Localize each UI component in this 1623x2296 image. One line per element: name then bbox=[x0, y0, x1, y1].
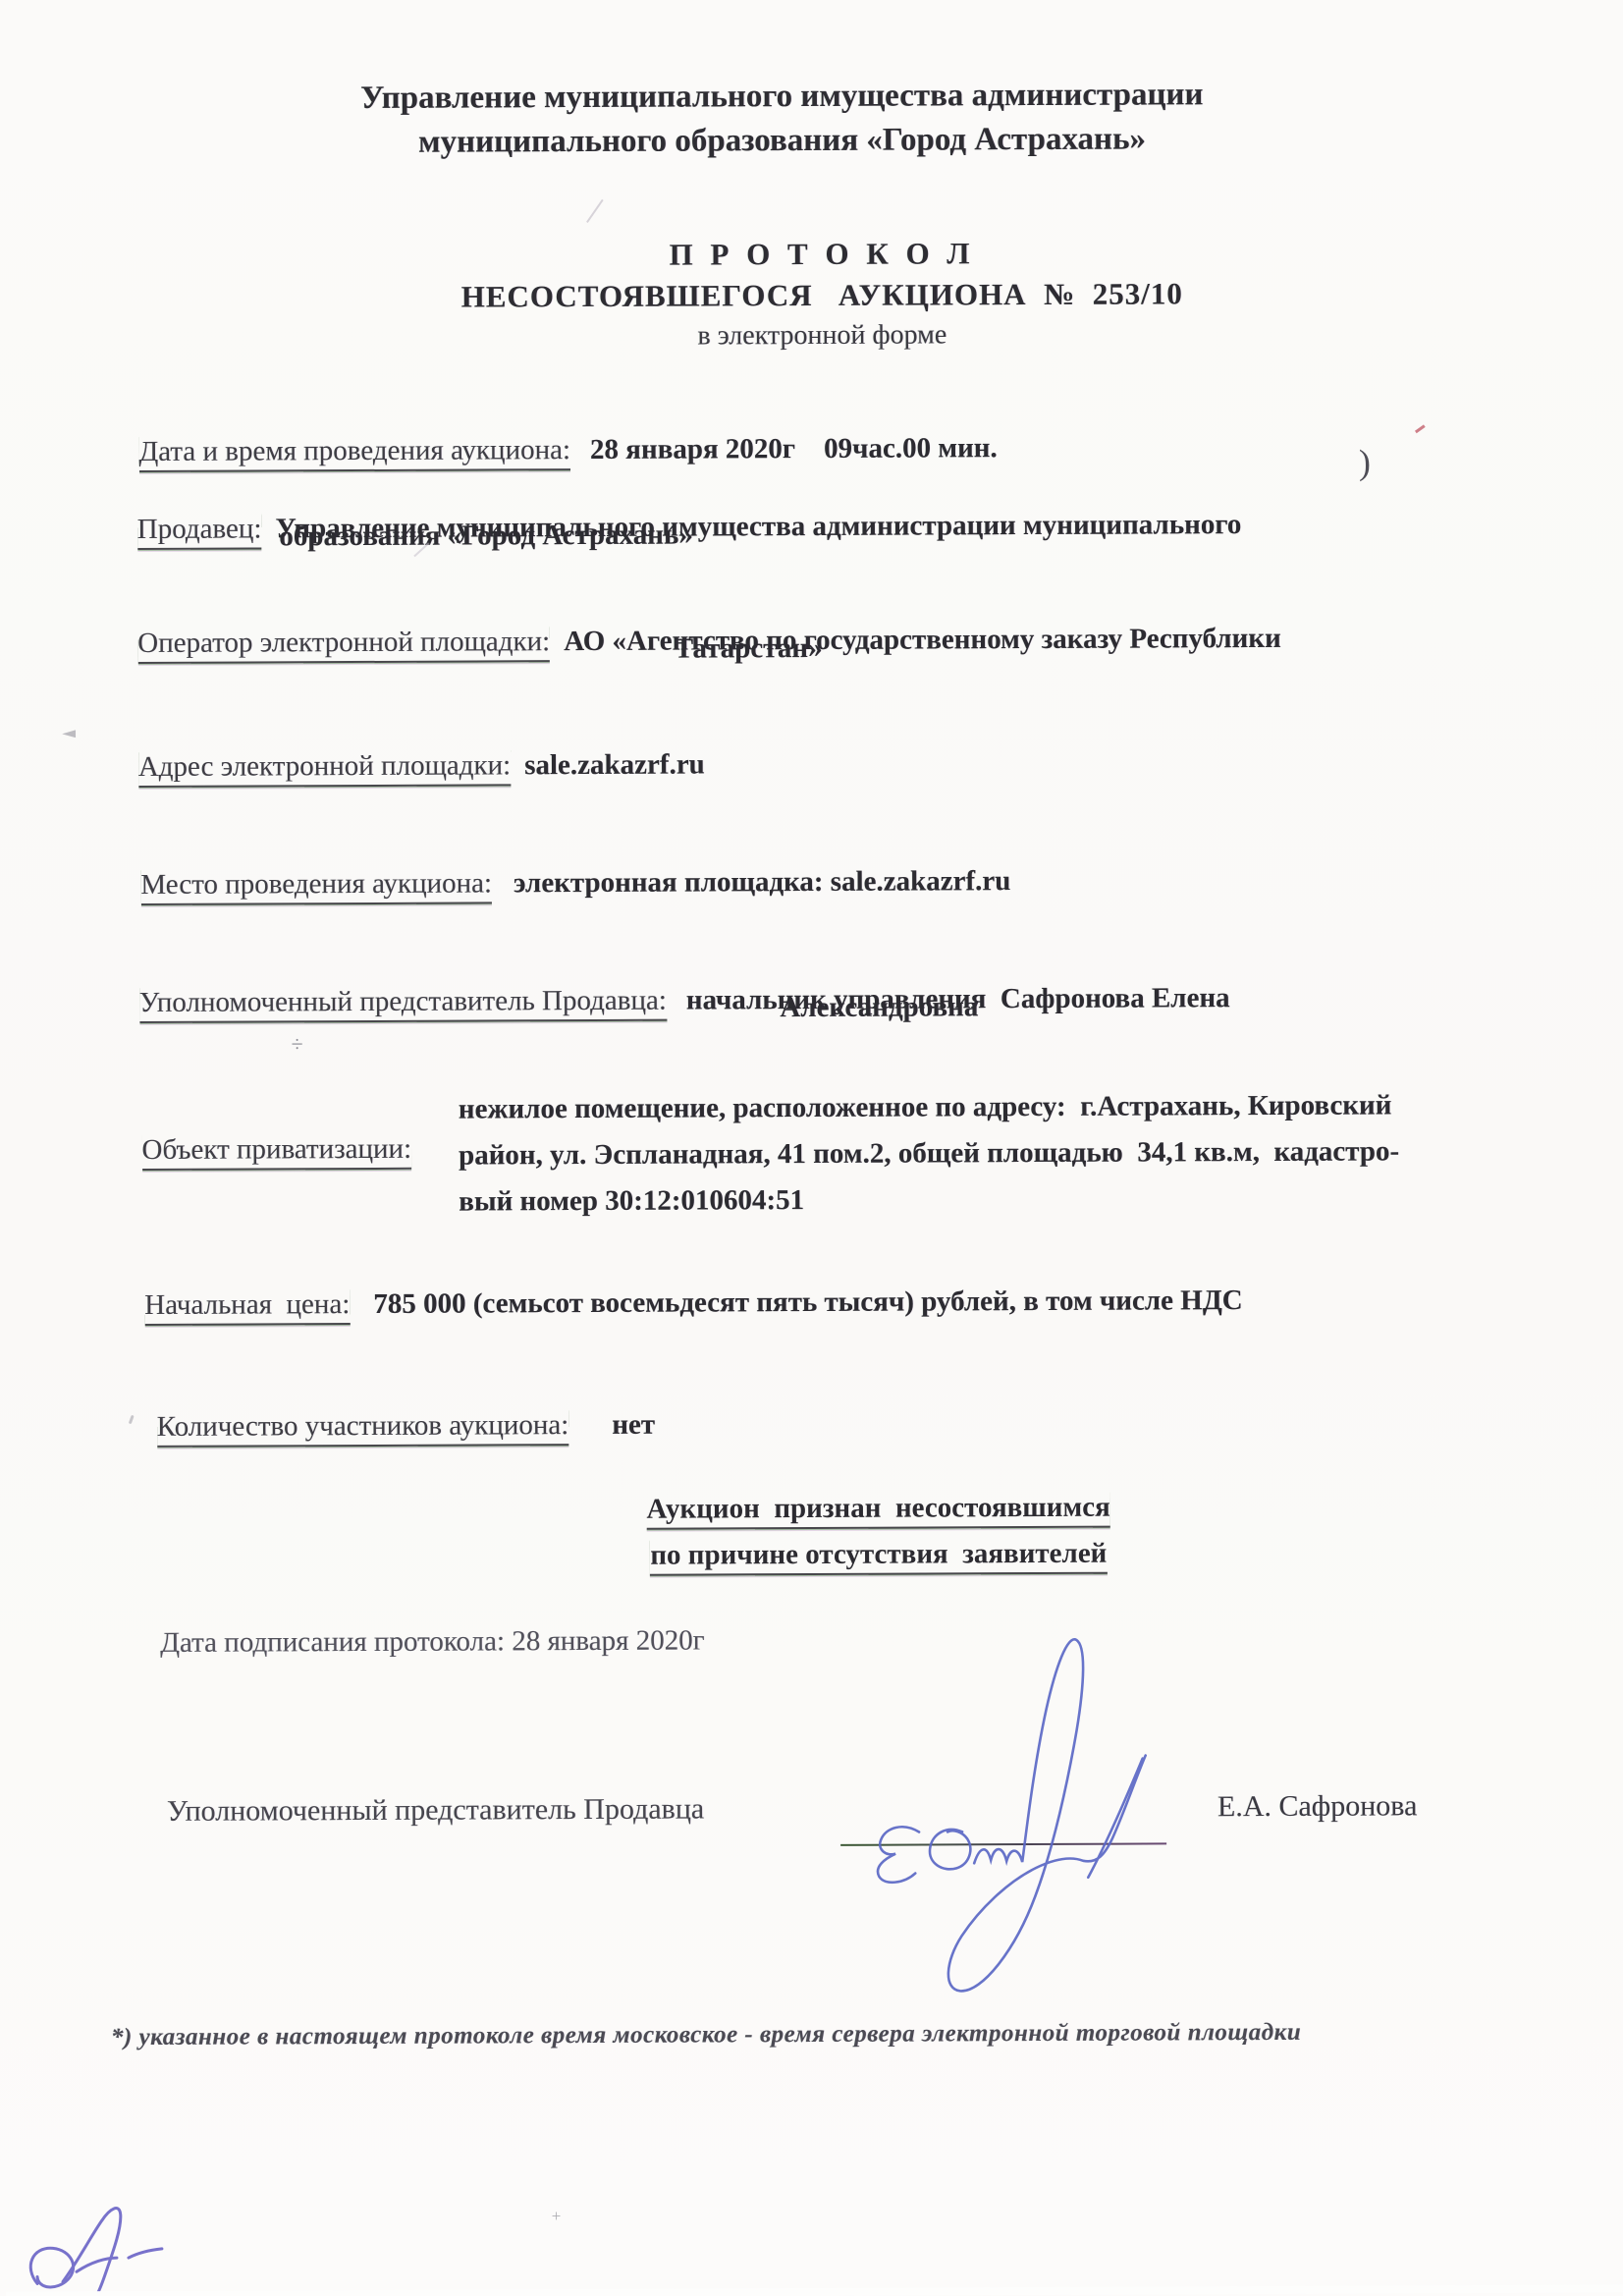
object-label-wrap: Объект приватизации: bbox=[99, 1090, 412, 1209]
document-title: П Р О Т О К О Л НЕСОСТОЯВШЕГОСЯ АУКЦИОНА… bbox=[56, 231, 1589, 359]
scan-mark-paren: ) bbox=[1359, 442, 1371, 483]
org-header: Управление муниципального имущества адми… bbox=[16, 72, 1547, 167]
operator-label: Оператор электронной площадки: bbox=[137, 626, 550, 664]
scan-speck-plus: + bbox=[552, 2207, 562, 2226]
auction-datetime-value: 28 января 2020г 09час.00 мин. bbox=[590, 432, 998, 465]
signer-name: Е.А. Сафронова bbox=[1217, 1786, 1418, 1827]
object-value-line1: нежилое помещение, расположенное по адре… bbox=[459, 1085, 1392, 1128]
auction-place-value: электронная площадка: sale.zakazrf.ru bbox=[514, 865, 1011, 899]
representative-row: Уполномоченный представитель Продавца:на… bbox=[96, 939, 1230, 1062]
signing-representative-label: Уполномоченный представитель Продавца bbox=[167, 1789, 704, 1831]
title-protocol: П Р О Т О К О Л bbox=[56, 231, 1588, 279]
document-sheet: Управление муниципального имущества адми… bbox=[0, 0, 1623, 2296]
operator-value-line2: Татарстан» bbox=[675, 629, 823, 669]
footnote: *) указанное в настоящем протоколе время… bbox=[111, 2013, 1301, 2057]
representative-value-line2: Александровна bbox=[780, 987, 978, 1027]
scan-speck-red bbox=[1415, 424, 1426, 433]
price-row: Начальная цена:785 000 (семьсот восемьде… bbox=[101, 1241, 1243, 1364]
scanner-edge-strip bbox=[6, 2284, 1623, 2296]
platform-address-row: Адрес электронной площадки:sale.zakazrf.… bbox=[95, 705, 705, 826]
object-value-line2: район, ул. Эспланадная, 41 пом.2, общей … bbox=[459, 1131, 1399, 1175]
scanned-protocol-page: Управление муниципального имущества адми… bbox=[0, 0, 1623, 2296]
signature-ink bbox=[877, 1639, 1147, 1992]
scan-speck-left-arrow bbox=[62, 730, 76, 738]
signing-date-line: Дата подписания протокола: 28 января 202… bbox=[160, 1620, 705, 1662]
price-value: 785 000 (семьсот восемьдесят пять тысяч)… bbox=[373, 1285, 1243, 1320]
participants-value: нет bbox=[612, 1409, 655, 1441]
platform-address-value: sale.zakazrf.ru bbox=[524, 748, 705, 781]
auction-place-label: Место проведения аукциона: bbox=[140, 867, 492, 905]
operator-value-line1: АО «Агентство по государственному заказу… bbox=[564, 623, 1281, 657]
object-value-line3: вый номер 30:12:010604:51 bbox=[459, 1180, 804, 1222]
org-name-line1: Управление муниципального имущества адми… bbox=[16, 72, 1547, 123]
org-name-line2: муниципального образования «Город Астрах… bbox=[16, 116, 1547, 167]
participants-label: Количество участников аукциона: bbox=[157, 1409, 569, 1448]
price-label: Начальная цена: bbox=[144, 1288, 350, 1326]
auction-datetime-label: Дата и время проведения аукциона: bbox=[138, 434, 570, 472]
corner-scribble-ink bbox=[30, 2208, 162, 2296]
verdict-line2-wrap: по причине отсутствия заявителей bbox=[514, 1519, 1220, 1590]
seller-label: Продавец: bbox=[137, 513, 262, 550]
verdict-line2: по причине отсутствия заявителей bbox=[650, 1538, 1107, 1576]
scan-scratch-1 bbox=[586, 199, 604, 223]
representative-label: Уполномоченный представитель Продавца: bbox=[139, 985, 667, 1023]
seller-value-line2: образования «Город Астрахань» bbox=[279, 516, 693, 557]
platform-address-label: Адрес электронной площадки: bbox=[138, 749, 512, 788]
participants-row: Количество участников аукциона:нет bbox=[114, 1366, 655, 1486]
title-electronic-form: в электронной форме bbox=[56, 313, 1588, 359]
object-label: Объект приватизации: bbox=[141, 1133, 411, 1171]
signature-line bbox=[840, 1842, 1166, 1845]
title-auction-number: НЕСОСТОЯВШЕГОСЯ АУКЦИОНА № 253/10 bbox=[56, 272, 1588, 320]
auction-place-row: Место проведения аукциона:электронная пл… bbox=[98, 822, 1011, 944]
